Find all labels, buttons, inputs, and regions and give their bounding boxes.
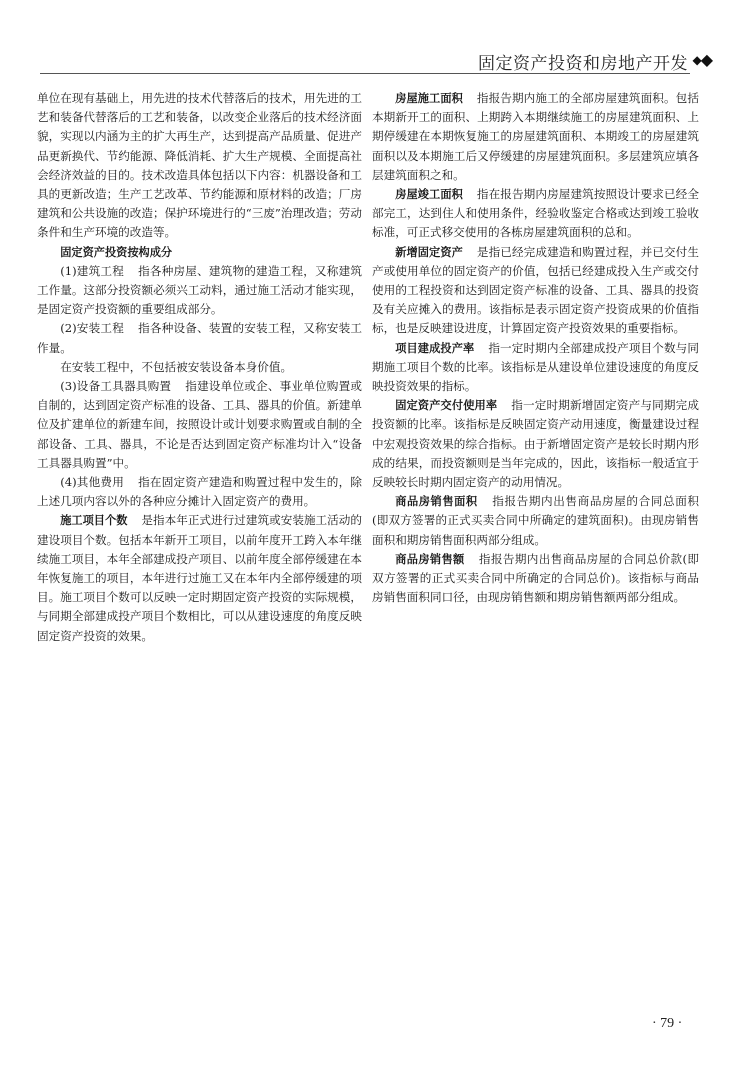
paragraph-housing-sales-value: 商品房销售额指报告期内出售商品房屋的合同总价款(即双方签署的正式买卖合同中所确定… (372, 550, 699, 608)
section-heading: 固定资产投资按构成分 (37, 243, 362, 262)
term-construction-work: (1)建筑工程 (60, 264, 124, 278)
diamond-ornament-icon: ◆◆ (692, 50, 710, 69)
term-fixed-asset-delivery-rate: 固定资产交付使用率 (395, 399, 497, 412)
paragraph-project-completion-rate: 项目建成投产率指一定时期内全部建成投产项目个数与同期施工项目个数的比率。该指标是… (372, 339, 699, 397)
definition-project-count: 是指本年正式进行过建筑或安装施工活动的建设项目个数。包括本年新开工项目，以前年度… (37, 513, 362, 642)
term-floor-space-under-construction: 房屋施工面积 (395, 92, 463, 105)
term-project-completion-rate: 项目建成投产率 (395, 342, 474, 355)
term-project-count: 施工项目个数 (60, 514, 127, 527)
term-installation-work: (2)安装工程 (60, 321, 124, 335)
paragraph-installation-note: 在安装工程中，不包括被安装设备本身价值。 (37, 358, 362, 377)
paragraph-floor-space-under-construction: 房屋施工面积指报告期内施工的全部房屋建筑面积。包括本期新开工的面积、上期跨入本期… (372, 89, 699, 185)
term-other-expenses: (4)其他费用 (60, 475, 124, 489)
paragraph-project-count: 施工项目个数是指本年正式进行过建筑或安装施工活动的建设项目个数。包括本年新开工项… (37, 511, 362, 645)
paragraph-new-fixed-assets: 新增固定资产是指已经完成建造和购置过程，并已交付生产或使用单位的固定资产的价值，… (372, 243, 699, 339)
paragraph-construction-work: (1)建筑工程指各种房屋、建筑物的建造工程，又称建筑工作量。这部分投资额必须兴工… (37, 262, 362, 320)
term-new-fixed-assets: 新增固定资产 (395, 246, 463, 259)
paragraph-housing-sales-area: 商品房销售面积指报告期内出售商品房屋的合同总面积(即双方签署的正式买卖合同中所确… (372, 492, 699, 550)
paragraph-other-expenses: (4)其他费用指在固定资产建造和购置过程中发生的，除上述几项内容以外的各种应分摊… (37, 473, 362, 511)
term-floor-space-completed: 房屋竣工面积 (395, 188, 463, 201)
paragraph-fixed-asset-delivery-rate: 固定资产交付使用率指一定时期新增固定资产与同期完成投资额的比率。该指标是反映固定… (372, 396, 699, 492)
running-header: 固定资产投资和房地产开发 ◆◆ (0, 0, 730, 80)
term-housing-sales-area: 商品房销售面积 (395, 495, 478, 508)
paragraph-installation-work: (2)安装工程指各种设备、装置的安装工程，又称安装工作量。 (37, 319, 362, 357)
page-number: · 79 · (652, 1016, 682, 1032)
left-column: 单位在现有基础上，用先进的技术代替落后的技术，用先进的工艺和装备代替落后的工艺和… (37, 89, 362, 646)
right-column: 房屋施工面积指报告期内施工的全部房屋建筑面积。包括本期新开工的面积、上期跨入本期… (372, 89, 699, 607)
paragraph-equipment-purchase: (3)设备工具器具购置指建设单位或企、事业单位购置或自制的，达到固定资产标准的设… (37, 377, 362, 473)
header-rule (40, 73, 690, 74)
term-equipment-purchase: (3)设备工具器具购置 (60, 379, 171, 393)
paragraph-floor-space-completed: 房屋竣工面积指在报告期内房屋建筑按照设计要求已经全部完工，达到住人和使用条件，经… (372, 185, 699, 243)
paragraph-technical-renovation: 单位在现有基础上，用先进的技术代替落后的技术，用先进的工艺和装备代替落后的工艺和… (37, 89, 362, 243)
term-housing-sales-value: 商品房销售额 (395, 553, 464, 566)
running-header-title: 固定资产投资和房地产开发 (478, 49, 688, 74)
section-heading-text: 固定资产投资按构成分 (60, 246, 172, 259)
